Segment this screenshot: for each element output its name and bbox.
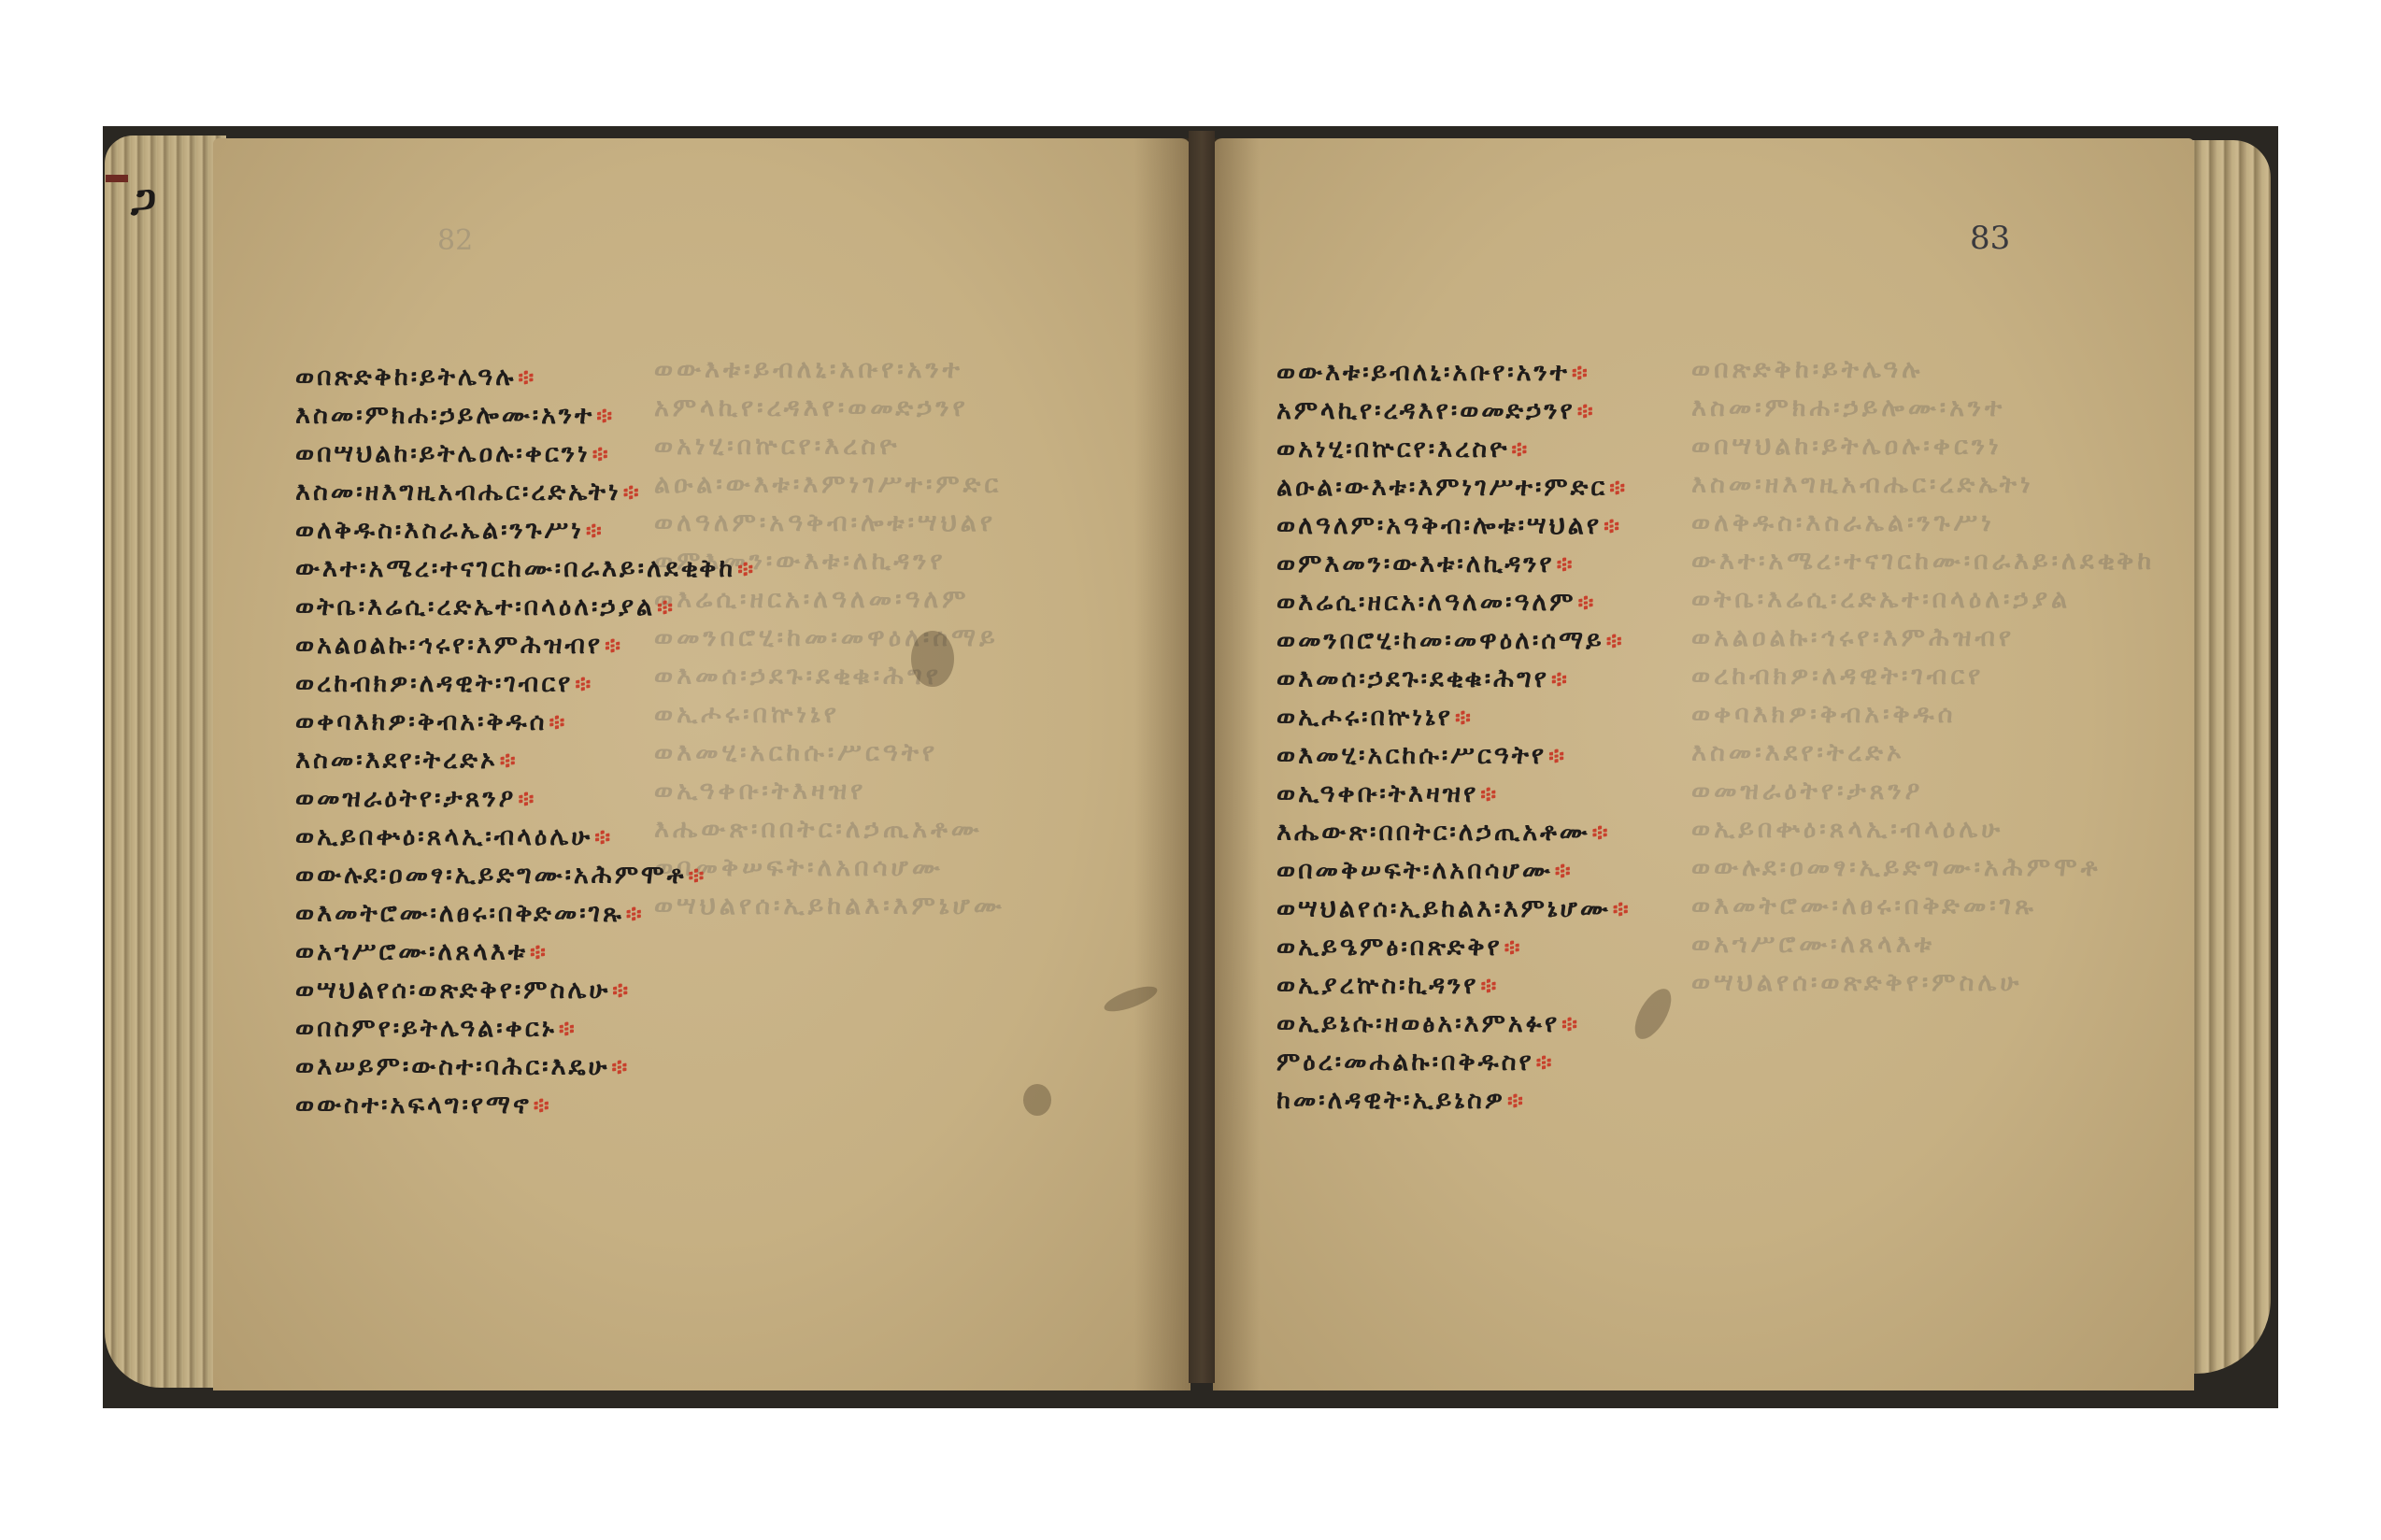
text-line: ወበጽድቅከ፡ይትሌዓሉ፨: [295, 358, 756, 396]
rubric-mark: ፨: [519, 786, 537, 812]
rubric-mark: ፨: [1536, 1049, 1555, 1076]
text-line: እስመ፡ምክሐ፡ኃይሎሙ፡አንተ፨: [295, 396, 756, 435]
text-line: ወአልዐልኩ፡ኅሩየ፡እምሕዝብየ፨: [295, 626, 756, 664]
text-line: ወአነሂ፡በኵርየ፡እረስዮ፨: [1276, 430, 1632, 468]
rubric-mark: ፨: [1555, 858, 1574, 884]
rubric-mark: ፨: [1606, 628, 1625, 654]
rubric-mark: ፨: [1572, 360, 1590, 386]
text-line: ወኢይኔሱ፡ዘወፅአ፡እምአፉየ፨: [1276, 1005, 1632, 1043]
text-line: ወእሠይም፡ውስተ፡ባሕር፡እዴሁ፨: [295, 1048, 756, 1086]
text-line: ምዕረ፡መሐልኩ፡በቅዱስየ፨: [1276, 1043, 1632, 1081]
rubric-mark: ፨: [605, 633, 623, 659]
rubric-mark: ፨: [1511, 436, 1530, 463]
rubric-mark: ፨: [596, 403, 615, 429]
rubric-mark: ፨: [594, 824, 613, 850]
text-line: እስመ፡ዘእግዚአብሔር፡ረድኤትነ፨: [295, 473, 756, 511]
rubric-mark: ፨: [1604, 513, 1622, 539]
rubric-mark: ፨: [1557, 551, 1575, 577]
rubric-mark: ፨: [611, 1054, 630, 1080]
text-line: ወኢይበቍዕ፡ጸላኢ፡ብላዕሌሁ፨: [295, 818, 756, 856]
margin-mark: ጋ: [131, 176, 156, 223]
text-line: እስመ፡እደየ፡ትረድኦ፨: [295, 741, 756, 779]
text-line: ወለቅዱስ፡እስራኤል፡ንጉሥነ፨: [295, 511, 756, 549]
text-line: እሔውጽ፡በበትር፡ለኃጢአቶሙ፨: [1276, 813, 1632, 851]
text-line: ወኢይዔምፅ፡በጽድቅየ፨: [1276, 928, 1632, 966]
rubric-mark: ፨: [737, 556, 756, 582]
text-line: ልዑል፡ውእቱ፡እምነገሥተ፡ምድር፨: [1276, 468, 1632, 506]
text-line: ወሣህልየሰ፡ኢይከልእ፡እምኔሆሙ፨: [1276, 890, 1632, 928]
right-page-showthrough: ወበጽድቅከ፡ይትሌዓሉእስመ፡ምክሐ፡ኃይሎሙ፡አንተወበሣህልከ፡ይትሌዐሉ…: [1691, 355, 2168, 1009]
rubric-mark: ፨: [1577, 590, 1596, 616]
rubric-mark: ፨: [549, 709, 568, 735]
text-line: ወእመሰ፡ኃደጉ፡ደቂቁ፡ሕግየ፨: [1276, 660, 1632, 698]
text-line: ወውስተ፡አፍላግ፡የማኖ፨: [295, 1086, 756, 1124]
rubric-mark: ፨: [612, 977, 631, 1004]
rubric-mark: ፨: [559, 1016, 577, 1042]
text-line: ወእመሂ፡አርከሱ፡ሥርዓትየ፨: [1276, 736, 1632, 775]
text-line: ወመንበሮሂ፡ከመ፡መዋዕለ፡ሰማይ፨: [1276, 621, 1632, 660]
rubric-mark: ፨: [530, 939, 549, 965]
rubric-mark: ፨: [1507, 1088, 1526, 1114]
right-page-number: 83: [1970, 220, 2010, 257]
margin-tab-mark: [106, 175, 128, 182]
text-line: ወእሬሲ፡ዘርአ፡ለዓለመ፡ዓለም፨: [1276, 583, 1632, 621]
left-page-text: ወበጽድቅከ፡ይትሌዓሉ፨ እስመ፡ምክሐ፡ኃይሎሙ፡አንተ፨ ወበሣህልከ፡ይ…: [295, 358, 756, 1124]
rubric-mark: ፨: [1609, 475, 1628, 501]
rubric-mark: ፨: [657, 594, 676, 620]
rubric-mark: ፨: [626, 901, 645, 927]
text-line: ወአኀሥሮሙ፡ለጸላእቱ፨: [295, 933, 756, 971]
text-line: ወምእመን፡ውእቱ፡ለኪዳንየ፨: [1276, 545, 1632, 583]
stain: [911, 631, 954, 687]
rubric-mark: ፨: [518, 364, 536, 391]
rubric-mark: ፨: [1592, 820, 1611, 846]
book-gutter: [1189, 131, 1215, 1383]
stain: [1023, 1084, 1051, 1116]
text-line: ወትቤ፡እሬሲ፡ረድኤተ፡በላዕለ፡ኃያል፨: [295, 588, 756, 626]
right-page-text: ወውእቱ፡ይብለኒ፡አቡየ፡አንተ፨ አምላኪየ፡ረዳእየ፡ወመድኃንየ፨ ወአ…: [1276, 353, 1632, 1119]
rubric-mark: ፨: [623, 479, 642, 506]
text-line: ወበመቅሠፍት፡ለአበሳሆሙ፨: [1276, 851, 1632, 890]
rubric-mark: ፨: [1561, 1011, 1580, 1037]
text-line: ወሣህልየሰ፡ወጽድቅየ፡ምስሌሁ፨: [295, 971, 756, 1009]
right-page-block-edge: [2187, 140, 2271, 1374]
text-line: ወቀባእክዎ፡ቅብአ፡ቅዱሰ፨: [295, 703, 756, 741]
rubric-mark: ፨: [1613, 896, 1632, 922]
rubric-mark: ፨: [688, 863, 706, 889]
rubric-mark: ፨: [1548, 743, 1567, 769]
rubric-mark: ፨: [1551, 666, 1570, 692]
text-line: ወኢያረኵስ፡ኪዳንየ፨: [1276, 966, 1632, 1005]
rubric-mark: ፨: [1480, 781, 1499, 807]
rubric-mark: ፨: [575, 671, 593, 697]
text-line: ወበሣህልከ፡ይትሌዐሉ፡ቀርንነ፨: [295, 435, 756, 473]
text-line: ወኢዓቀቡ፡ትእዛዝየ፨: [1276, 775, 1632, 813]
rubric-mark: ፨: [1480, 973, 1499, 999]
text-line: ወእመትሮሙ፡ለፀሩ፡በቅድመ፡ገጹ፨: [295, 894, 756, 933]
text-line: ወበስምየ፡ይትሌዓል፡ቀርኑ፨: [295, 1009, 756, 1048]
text-line: ወመዝራዕትየ፡ታጸንዖ፨: [295, 779, 756, 818]
left-page-block-edge: [105, 135, 226, 1388]
text-line: ወኢሖሩ፡በኵነኔየ፨: [1276, 698, 1632, 736]
rubric-mark: ፨: [1504, 934, 1523, 961]
rubric-mark: ፨: [1455, 705, 1474, 731]
text-line: ወውሉደ፡ዐመፃ፡ኢይድግሙ፡አሕምሞቶ፨: [295, 856, 756, 894]
rubric-mark: ፨: [586, 518, 605, 544]
left-page-number: 82: [437, 224, 473, 257]
text-line: ወውእቱ፡ይብለኒ፡አቡየ፡አንተ፨: [1276, 353, 1632, 392]
rubric-mark: ፨: [592, 441, 611, 467]
text-line: ውእተ፡አሜረ፡ተናገርከሙ፡በራእይ፡ለደቂቅከ፨: [295, 549, 756, 588]
text-line: ወለዓለም፡አዓቅብ፡ሎቱ፡ሣህልየ፨: [1276, 506, 1632, 545]
rubric-mark: ፨: [500, 748, 519, 774]
rubric-mark: ፨: [1577, 398, 1596, 424]
text-line: ከመ፡ለዳዊት፡ኢይኔስዎ፨: [1276, 1081, 1632, 1119]
rubric-mark: ፨: [534, 1092, 552, 1119]
text-line: ወረከብክዎ፡ለዳዊት፡ገብርየ፨: [295, 664, 756, 703]
text-line: አምላኪየ፡ረዳእየ፡ወመድኃንየ፨: [1276, 392, 1632, 430]
